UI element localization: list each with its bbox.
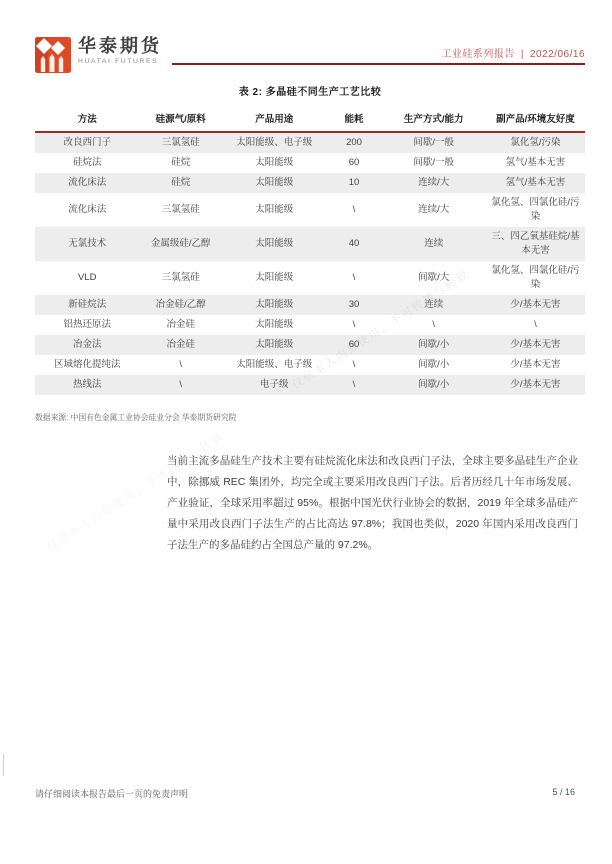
table-cell: 60: [327, 335, 382, 355]
column-header: 能耗: [327, 110, 382, 132]
column-header: 产品用途: [222, 110, 327, 132]
column-header: 生产方式/能力: [382, 110, 487, 132]
table-cell: 间歇/一般: [382, 153, 487, 173]
table-cell: 60: [327, 153, 382, 173]
page-number: 5 / 16: [552, 787, 575, 797]
table-cell: 太阳能级: [222, 153, 327, 173]
table-cell: 太阳能级、电子级: [222, 132, 327, 153]
body-paragraph: 当前主流多晶硅生产技术主要有硅烷流化床法和改良西门子法，全球主要多晶硅生产企业中…: [167, 451, 578, 556]
table-row: 新硅烷法冶金硅/乙醇太阳能级30连续少/基本无害: [35, 295, 585, 315]
table-cell: 太阳能级、电子级: [222, 355, 327, 375]
header-separator: |: [521, 49, 524, 60]
table-cell: 流化床法: [35, 193, 140, 227]
brand-name-en: HUATAI FUTURES: [78, 59, 162, 66]
table-cell: 间歇/大: [382, 261, 487, 295]
table-row: 冶金法冶金硅太阳能级60间歇/小少/基本无害: [35, 335, 585, 355]
table-cell: \: [327, 261, 382, 295]
table-cell: 区域熔化提纯法: [35, 355, 140, 375]
table-cell: 氯化氢、四氯化硅/污染: [486, 261, 585, 295]
table-source-note: 数据来源: 中国有色金属工业协会硅业分会 华泰期货研究院: [35, 412, 236, 423]
brand-name-cn: 华泰期货: [78, 37, 162, 55]
table-cell: 新硅烷法: [35, 295, 140, 315]
table-cell: 连续: [382, 295, 487, 315]
table-cell: 30: [327, 295, 382, 315]
table-cell: 太阳能级: [222, 261, 327, 295]
report-page: 华泰期货 HUATAI FUTURES 工业硅系列报告|2022/06/16 表…: [0, 0, 612, 864]
table-cell: 少/基本无害: [486, 295, 585, 315]
table-cell: 硅烷: [140, 173, 223, 193]
table-cell: 电子级: [222, 375, 327, 395]
table-row: 改良西门子三氯氢硅太阳能级、电子级200间歇/一般氯化氢/污染: [35, 132, 585, 153]
table-row: 热线法\电子级\间歇/小少/基本无害: [35, 375, 585, 395]
page-edge-mark: [3, 754, 4, 776]
table-cell: \: [327, 315, 382, 335]
table-row: 硅烷法硅烷太阳能级60间歇/一般氢气/基本无害: [35, 153, 585, 173]
table-cell: \: [327, 193, 382, 227]
table-cell: \: [486, 315, 585, 335]
process-comparison-table: 方法硅源气/原料产品用途能耗生产方式/能力副产品/环境友好度 改良西门子三氯氢硅…: [35, 110, 585, 395]
table-cell: 冶金硅: [140, 315, 223, 335]
table-cell: 三氯氢硅: [140, 132, 223, 153]
table-cell: 冶金硅/乙醇: [140, 295, 223, 315]
table-title: 表 2: 多晶硅不同生产工艺比较: [35, 83, 585, 98]
table-cell: 少/基本无害: [486, 355, 585, 375]
table-cell: 连续/大: [382, 193, 487, 227]
table-cell: 三氯氢硅: [140, 193, 223, 227]
table-cell: 冶金硅: [140, 335, 223, 355]
footer-disclaimer: 请仔细阅读本报告最后一页的免责声明: [35, 787, 188, 800]
table-row: 区域熔化提纯法\太阳能级、电子级\间歇/小少/基本无害: [35, 355, 585, 375]
table-cell: 间歇/小: [382, 355, 487, 375]
table-cell: 200: [327, 132, 382, 153]
table-cell: \: [327, 375, 382, 395]
table-cell: 10: [327, 173, 382, 193]
table-cell: VLD: [35, 261, 140, 295]
table-cell: 硅烷法: [35, 153, 140, 173]
table-cell: 40: [327, 227, 382, 261]
table-row: VLD三氯氢硅太阳能级\间歇/大氯化氢、四氯化硅/污染: [35, 261, 585, 295]
table-cell: 间歇/小: [382, 335, 487, 355]
column-header: 硅源气/原料: [140, 110, 223, 132]
table-cell: 三、四乙氧基硅烷/基本无害: [486, 227, 585, 261]
table-cell: 氢气/基本无害: [486, 173, 585, 193]
table-cell: 间歇/小: [382, 375, 487, 395]
table-cell: 氯化氢、四氯化硅/污染: [486, 193, 585, 227]
table-cell: 太阳能级: [222, 295, 327, 315]
table-cell: 氯化氢/污染: [486, 132, 585, 153]
table-cell: 硅烷: [140, 153, 223, 173]
table-header-row: 方法硅源气/原料产品用途能耗生产方式/能力副产品/环境友好度: [35, 110, 585, 132]
table-cell: 铝热还原法: [35, 315, 140, 335]
report-series-header: 工业硅系列报告|2022/06/16: [441, 45, 585, 60]
table-cell: 氢气/基本无害: [486, 153, 585, 173]
table-cell: 无氯技术: [35, 227, 140, 261]
table-cell: 太阳能级: [222, 335, 327, 355]
table-cell: 冶金法: [35, 335, 140, 355]
table-cell: 太阳能级: [222, 315, 327, 335]
table-cell: 间歇/一般: [382, 132, 487, 153]
header-rule: [172, 63, 585, 65]
table-row: 流化床法三氯氢硅太阳能级\连续/大氯化氢、四氯化硅/污染: [35, 193, 585, 227]
table-cell: 少/基本无害: [486, 335, 585, 355]
table-cell: 太阳能级: [222, 173, 327, 193]
table-cell: \: [382, 315, 487, 335]
table-cell: 连续: [382, 227, 487, 261]
table-cell: 太阳能级: [222, 193, 327, 227]
huatai-logo: 华泰期货 HUATAI FUTURES: [35, 37, 162, 73]
table-row: 铝热还原法冶金硅太阳能级\\\: [35, 315, 585, 335]
table-cell: 金属级硅/乙醇: [140, 227, 223, 261]
report-date: 2022/06/16: [530, 49, 585, 60]
column-header: 副产品/环境友好度: [486, 110, 585, 132]
table-row: 无氯技术金属级硅/乙醇太阳能级40连续三、四乙氧基硅烷/基本无害: [35, 227, 585, 261]
table-cell: 流化床法: [35, 173, 140, 193]
table-cell: \: [327, 355, 382, 375]
table-cell: 少/基本无害: [486, 375, 585, 395]
table-cell: \: [140, 355, 223, 375]
table-cell: 热线法: [35, 375, 140, 395]
report-series-label: 工业硅系列报告: [441, 49, 515, 60]
table-cell: 连续/大: [382, 173, 487, 193]
column-header: 方法: [35, 110, 140, 132]
huatai-logo-icon: [35, 37, 71, 73]
table-cell: 改良西门子: [35, 132, 140, 153]
table-cell: \: [140, 375, 223, 395]
table-cell: 太阳能级: [222, 227, 327, 261]
table-row: 流化床法硅烷太阳能级10连续/大氢气/基本无害: [35, 173, 585, 193]
table-cell: 三氯氢硅: [140, 261, 223, 295]
